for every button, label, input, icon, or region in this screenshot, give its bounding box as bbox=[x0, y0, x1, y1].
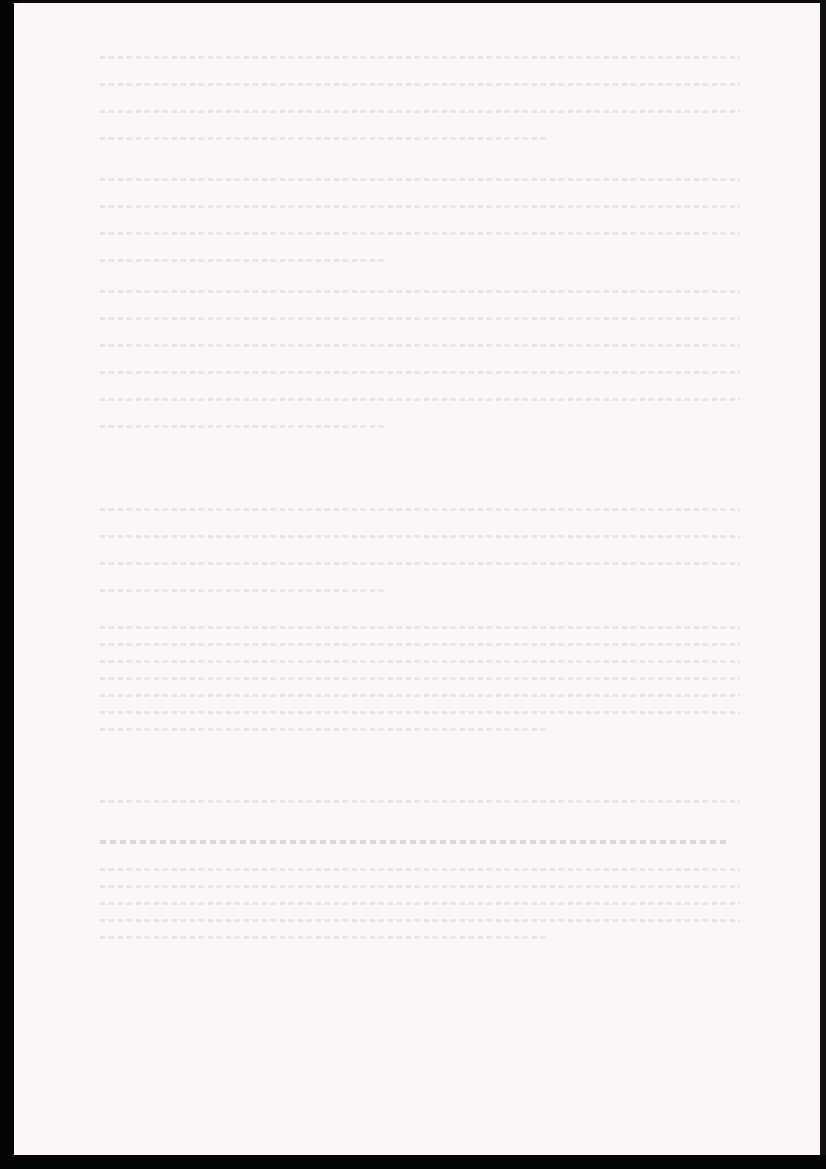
text-line bbox=[100, 83, 740, 86]
text-line bbox=[100, 425, 388, 428]
text-line bbox=[100, 919, 740, 922]
text-line bbox=[100, 259, 388, 262]
text-line bbox=[100, 232, 740, 235]
text-line bbox=[100, 535, 740, 538]
text-line bbox=[100, 711, 740, 714]
text-line bbox=[100, 936, 548, 939]
scan-border-right bbox=[820, 0, 826, 1169]
text-line bbox=[100, 800, 740, 803]
text-line bbox=[100, 371, 740, 374]
text-line bbox=[100, 317, 740, 320]
text-line bbox=[100, 643, 740, 646]
paragraph-2 bbox=[100, 178, 740, 286]
text-line bbox=[100, 178, 740, 181]
paragraph-7 bbox=[100, 868, 740, 963]
text-line bbox=[100, 56, 740, 59]
text-line bbox=[100, 885, 740, 888]
paragraph-3 bbox=[100, 290, 740, 452]
text-line bbox=[100, 626, 740, 629]
text-line bbox=[100, 677, 740, 680]
text-line bbox=[100, 660, 740, 663]
paragraph-4 bbox=[100, 508, 740, 616]
paragraph-6 bbox=[100, 800, 740, 827]
text-line bbox=[100, 344, 740, 347]
text-line bbox=[100, 902, 740, 905]
text-line bbox=[100, 137, 548, 140]
paragraph-1 bbox=[100, 56, 740, 164]
section-heading bbox=[100, 840, 730, 844]
text-line bbox=[100, 589, 388, 592]
text-line bbox=[100, 562, 740, 565]
text-line bbox=[100, 205, 740, 208]
text-line bbox=[100, 110, 740, 113]
text-line bbox=[100, 290, 740, 293]
text-line bbox=[100, 728, 548, 731]
paragraph-5 bbox=[100, 626, 740, 755]
text-line bbox=[100, 868, 740, 871]
text-line bbox=[100, 694, 740, 697]
scan-border-bottom bbox=[0, 1155, 826, 1169]
text-line bbox=[100, 508, 740, 511]
text-line bbox=[100, 398, 740, 401]
